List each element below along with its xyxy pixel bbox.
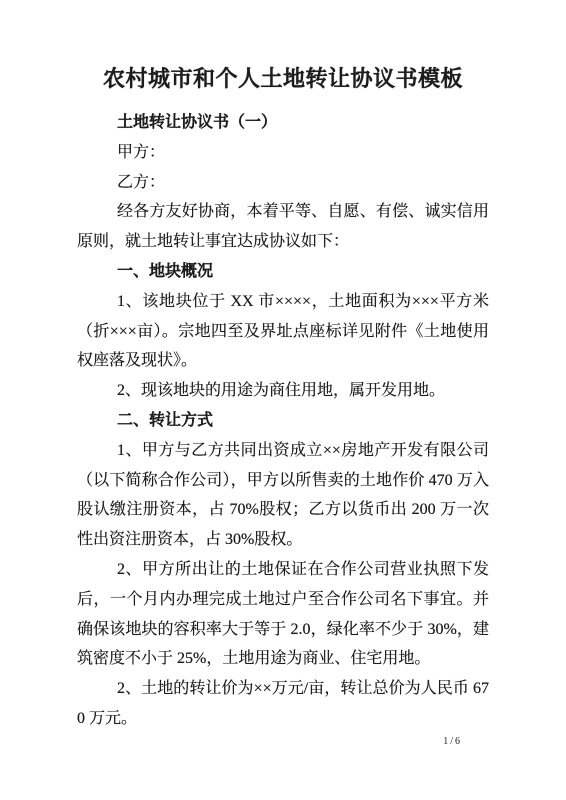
section-heading-land-overview: 一、地块概况 — [77, 257, 489, 287]
paragraph-land-location: 1、该地块位于 XX 市××××，土地面积为×××平方米（折×××亩）。宗地四至… — [77, 287, 489, 376]
paragraph-joint-venture: 1、甲方与乙方共同出资成立××房地产开发有限公司（以下简称合作公司），甲方以所售… — [77, 436, 489, 555]
document-page: 农村城市和个人土地转让协议书模板 土地转让协议书（一） 甲方： 乙方： 经各方友… — [0, 0, 566, 800]
document-title: 农村城市和个人土地转让协议书模板 — [77, 62, 489, 96]
paragraph-intro: 经各方友好协商，本着平等、自愿、有偿、诚实信用原则，就土地转让事宜达成协议如下： — [77, 197, 489, 257]
party-a-line: 甲方： — [77, 138, 489, 168]
document-subtitle: 土地转让协议书（一） — [77, 108, 489, 138]
paragraph-transfer-guarantee: 2、甲方所出让的土地保证在合作公司营业执照下发后，一个月内办理完成土地过户至合作… — [77, 555, 489, 674]
party-b-line: 乙方： — [77, 168, 489, 198]
page-number: 1/6 — [443, 736, 462, 747]
paragraph-land-use: 2、现该地块的用途为商住用地，属开发用地。 — [77, 376, 489, 406]
section-heading-transfer-method: 二、转让方式 — [77, 406, 489, 436]
document-content: 农村城市和个人土地转让协议书模板 土地转让协议书（一） 甲方： 乙方： 经各方友… — [77, 62, 489, 734]
paragraph-transfer-price: 2、土地的转让价为××万元/亩，转让总价为人民币 670 万元。 — [77, 674, 489, 734]
